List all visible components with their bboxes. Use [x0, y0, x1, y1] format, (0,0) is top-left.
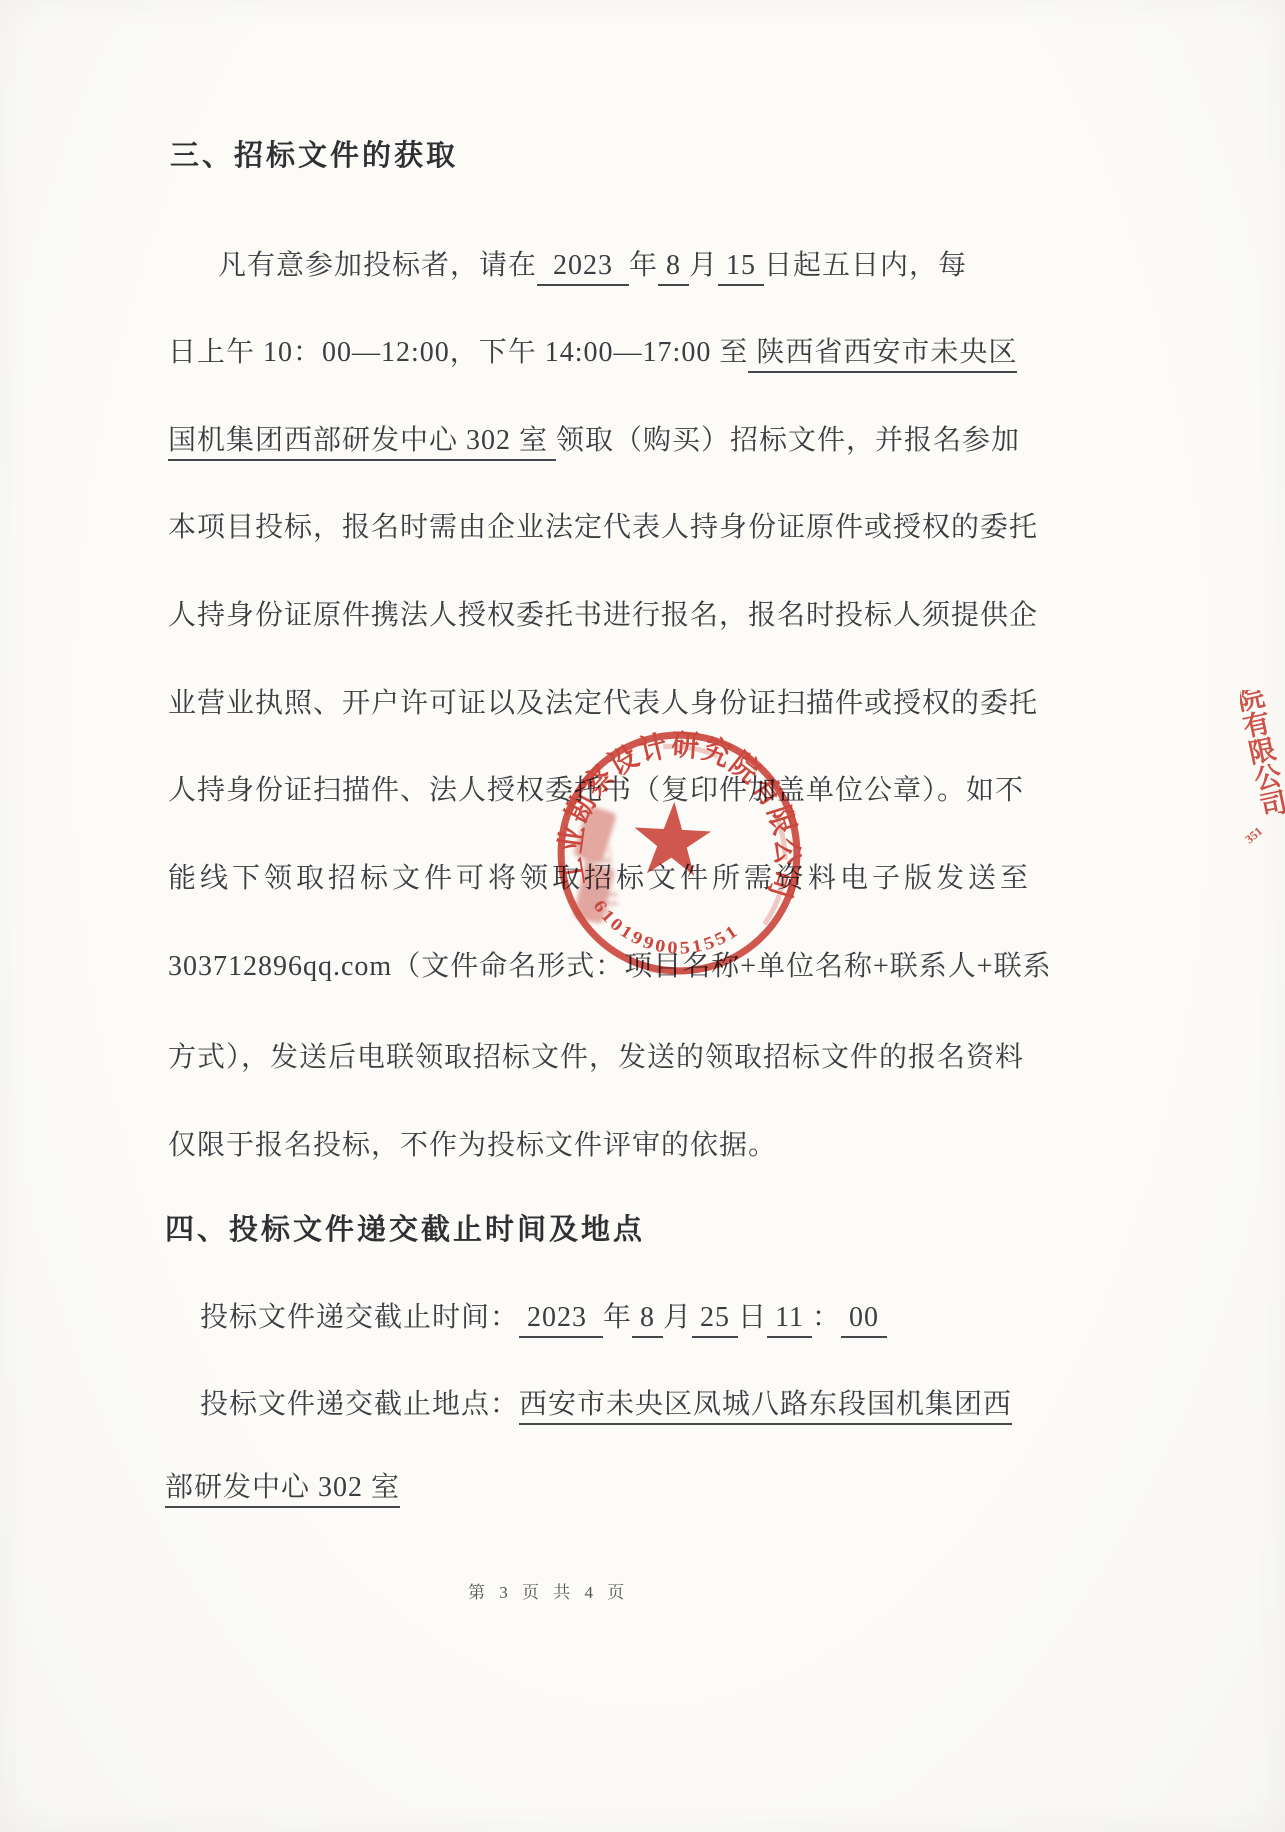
page-footer: 第 3 页 共 4 页 [468, 1578, 629, 1603]
text-run: 日上午 10：00—12:00，下午 14:00—17:00 至 [168, 337, 748, 368]
scanned-tender-document-page: 三、招标文件的获取 凡有意参加投标者，请在 2023 年 8 月 15 日起五日… [0, 0, 1285, 1832]
text-run: 日 [738, 1302, 767, 1333]
text-run: 投标文件递交截止时间： [200, 1302, 519, 1333]
underlined-text: 8 [658, 250, 689, 286]
partial-stamp-digits: 351 [1242, 824, 1265, 847]
deadline-time-line: 投标文件递交截止时间： 2023 年 8 月 25 日 11 ： 00 [200, 1298, 887, 1338]
underlined-text: 15 [718, 250, 764, 286]
paragraph-line-4: 本项目投标，报名时需由企业法定代表人持身份证原件或授权的委托 [168, 508, 1038, 548]
section-3-heading: 三、招标文件的获取 [170, 136, 458, 176]
underlined-text: 2023 [537, 250, 629, 286]
text-run: 年 [629, 250, 658, 281]
partial-stamp-text: 院有限公司 [1240, 690, 1285, 820]
text-run: 投标文件递交截止地点： [200, 1389, 519, 1420]
text-run: 月 [689, 250, 718, 281]
text-run: 领取（购买）招标文件，并报名参加 [556, 425, 1020, 456]
text-run: 凡有意参加投标者，请在 [218, 250, 537, 281]
partial-stamp-fragment: 院有限公司 351 [1240, 690, 1285, 860]
underlined-text: 25 [692, 1302, 738, 1338]
underlined-text: 国机集团西部研发中心 302 室 [168, 425, 556, 461]
text-run: 月 [663, 1302, 692, 1333]
stamp-star-icon [632, 800, 712, 877]
underlined-text: 部研发中心 302 室 [165, 1472, 400, 1508]
underlined-text: 8 [632, 1302, 663, 1338]
text-run: 年 [603, 1302, 632, 1333]
text-run: 三、招标文件的获取 [170, 140, 458, 172]
text-run: 日起五日内，每 [764, 250, 967, 281]
text-run: 本项目投标，报名时需由企业法定代表人持身份证原件或授权的委托 [168, 512, 1038, 543]
paragraph-line-3: 国机集团西部研发中心 302 室 领取（购买）招标文件，并报名参加 [168, 421, 1020, 461]
company-seal-stamp: 工业勘察设计研究院有限公司 工业 6101990051551 [533, 707, 825, 999]
paragraph-line-1: 凡有意参加投标者，请在 2023 年 8 月 15 日起五日内，每 [218, 246, 967, 286]
paragraph-line-11: 仅限于报名投标，不作为投标文件评审的依据。 [168, 1126, 777, 1166]
text-run: 仅限于报名投标，不作为投标文件评审的依据。 [168, 1130, 777, 1161]
section-4-heading: 四、投标文件递交截止时间及地点 [165, 1210, 645, 1250]
underlined-text: 2023 [519, 1302, 603, 1338]
underlined-text: 11 [767, 1302, 812, 1338]
stamp-serial-number: 6101990051551 [585, 894, 746, 966]
paragraph-line-2: 日上午 10：00—12:00，下午 14:00—17:00 至 陕西省西安市未… [168, 333, 1017, 373]
paragraph-line-5: 人持身份证原件携法人授权委托书进行报名，报名时投标人须提供企 [168, 596, 1038, 636]
deadline-place-line-2: 部研发中心 302 室 [165, 1468, 400, 1508]
underlined-text: 陕西省西安市未央区 [748, 337, 1017, 373]
text-run: 方式），发送后电联领取招标文件，发送的领取招标文件的报名资料 [168, 1042, 1024, 1073]
text-run: ： [812, 1302, 841, 1333]
paragraph-line-10: 方式），发送后电联领取招标文件，发送的领取招标文件的报名资料 [168, 1038, 1024, 1078]
svg-text:6101990051551: 6101990051551 [585, 894, 746, 966]
underlined-text: 西安市未央区凤城八路东段国机集团西 [519, 1389, 1012, 1425]
deadline-place-line: 投标文件递交截止地点：西安市未央区凤城八路东段国机集团西 [200, 1385, 1012, 1425]
text-run: 人持身份证原件携法人授权委托书进行报名，报名时投标人须提供企 [168, 600, 1038, 631]
text-run: 四、投标文件递交截止时间及地点 [165, 1214, 645, 1246]
underlined-text: 00 [841, 1302, 887, 1338]
